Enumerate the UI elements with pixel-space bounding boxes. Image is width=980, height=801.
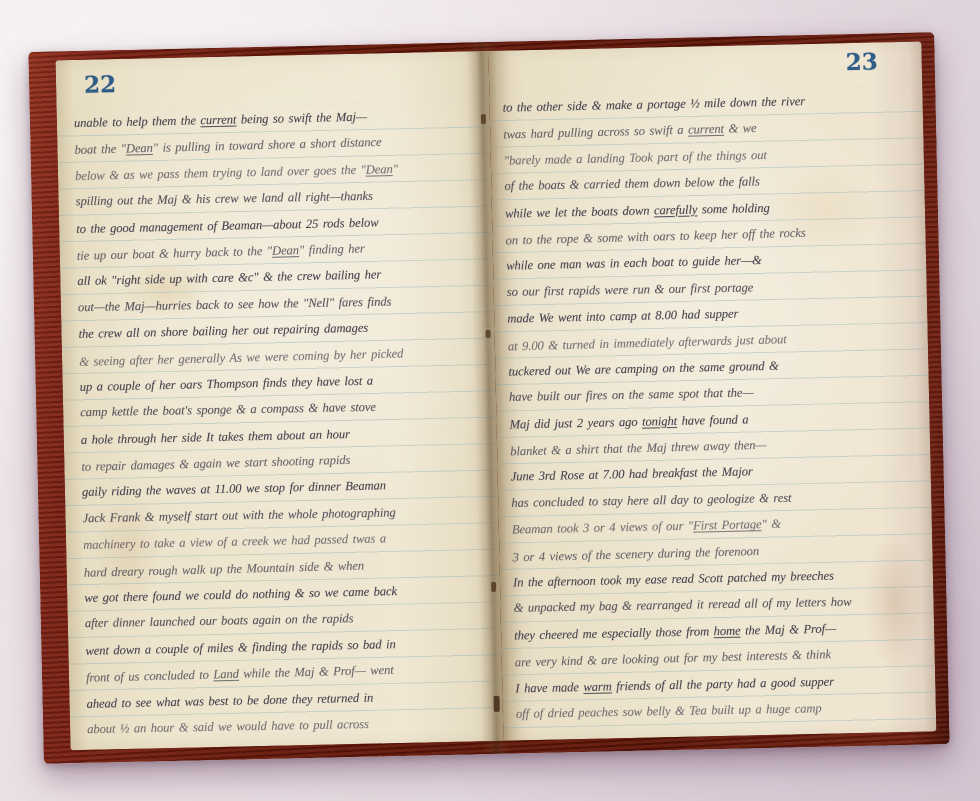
binding-stitch [486,330,491,338]
right-page: 23 to the other side & make a portage ½ … [488,41,936,740]
journal-book: 22 unable to help them the current being… [28,32,949,764]
left-page-lines: unable to help them the current being so… [57,101,504,742]
page-number-right: 23 [845,48,878,76]
binding-stitch [481,114,486,124]
right-page-lines: to the other side & make a portage ½ mil… [489,85,936,732]
photo-background: 22 unable to help them the current being… [0,0,980,801]
binding-stitch [494,696,500,712]
left-page: 22 unable to help them the current being… [56,51,504,750]
binding-stitch [491,582,496,592]
page-number-left: 22 [84,71,117,99]
